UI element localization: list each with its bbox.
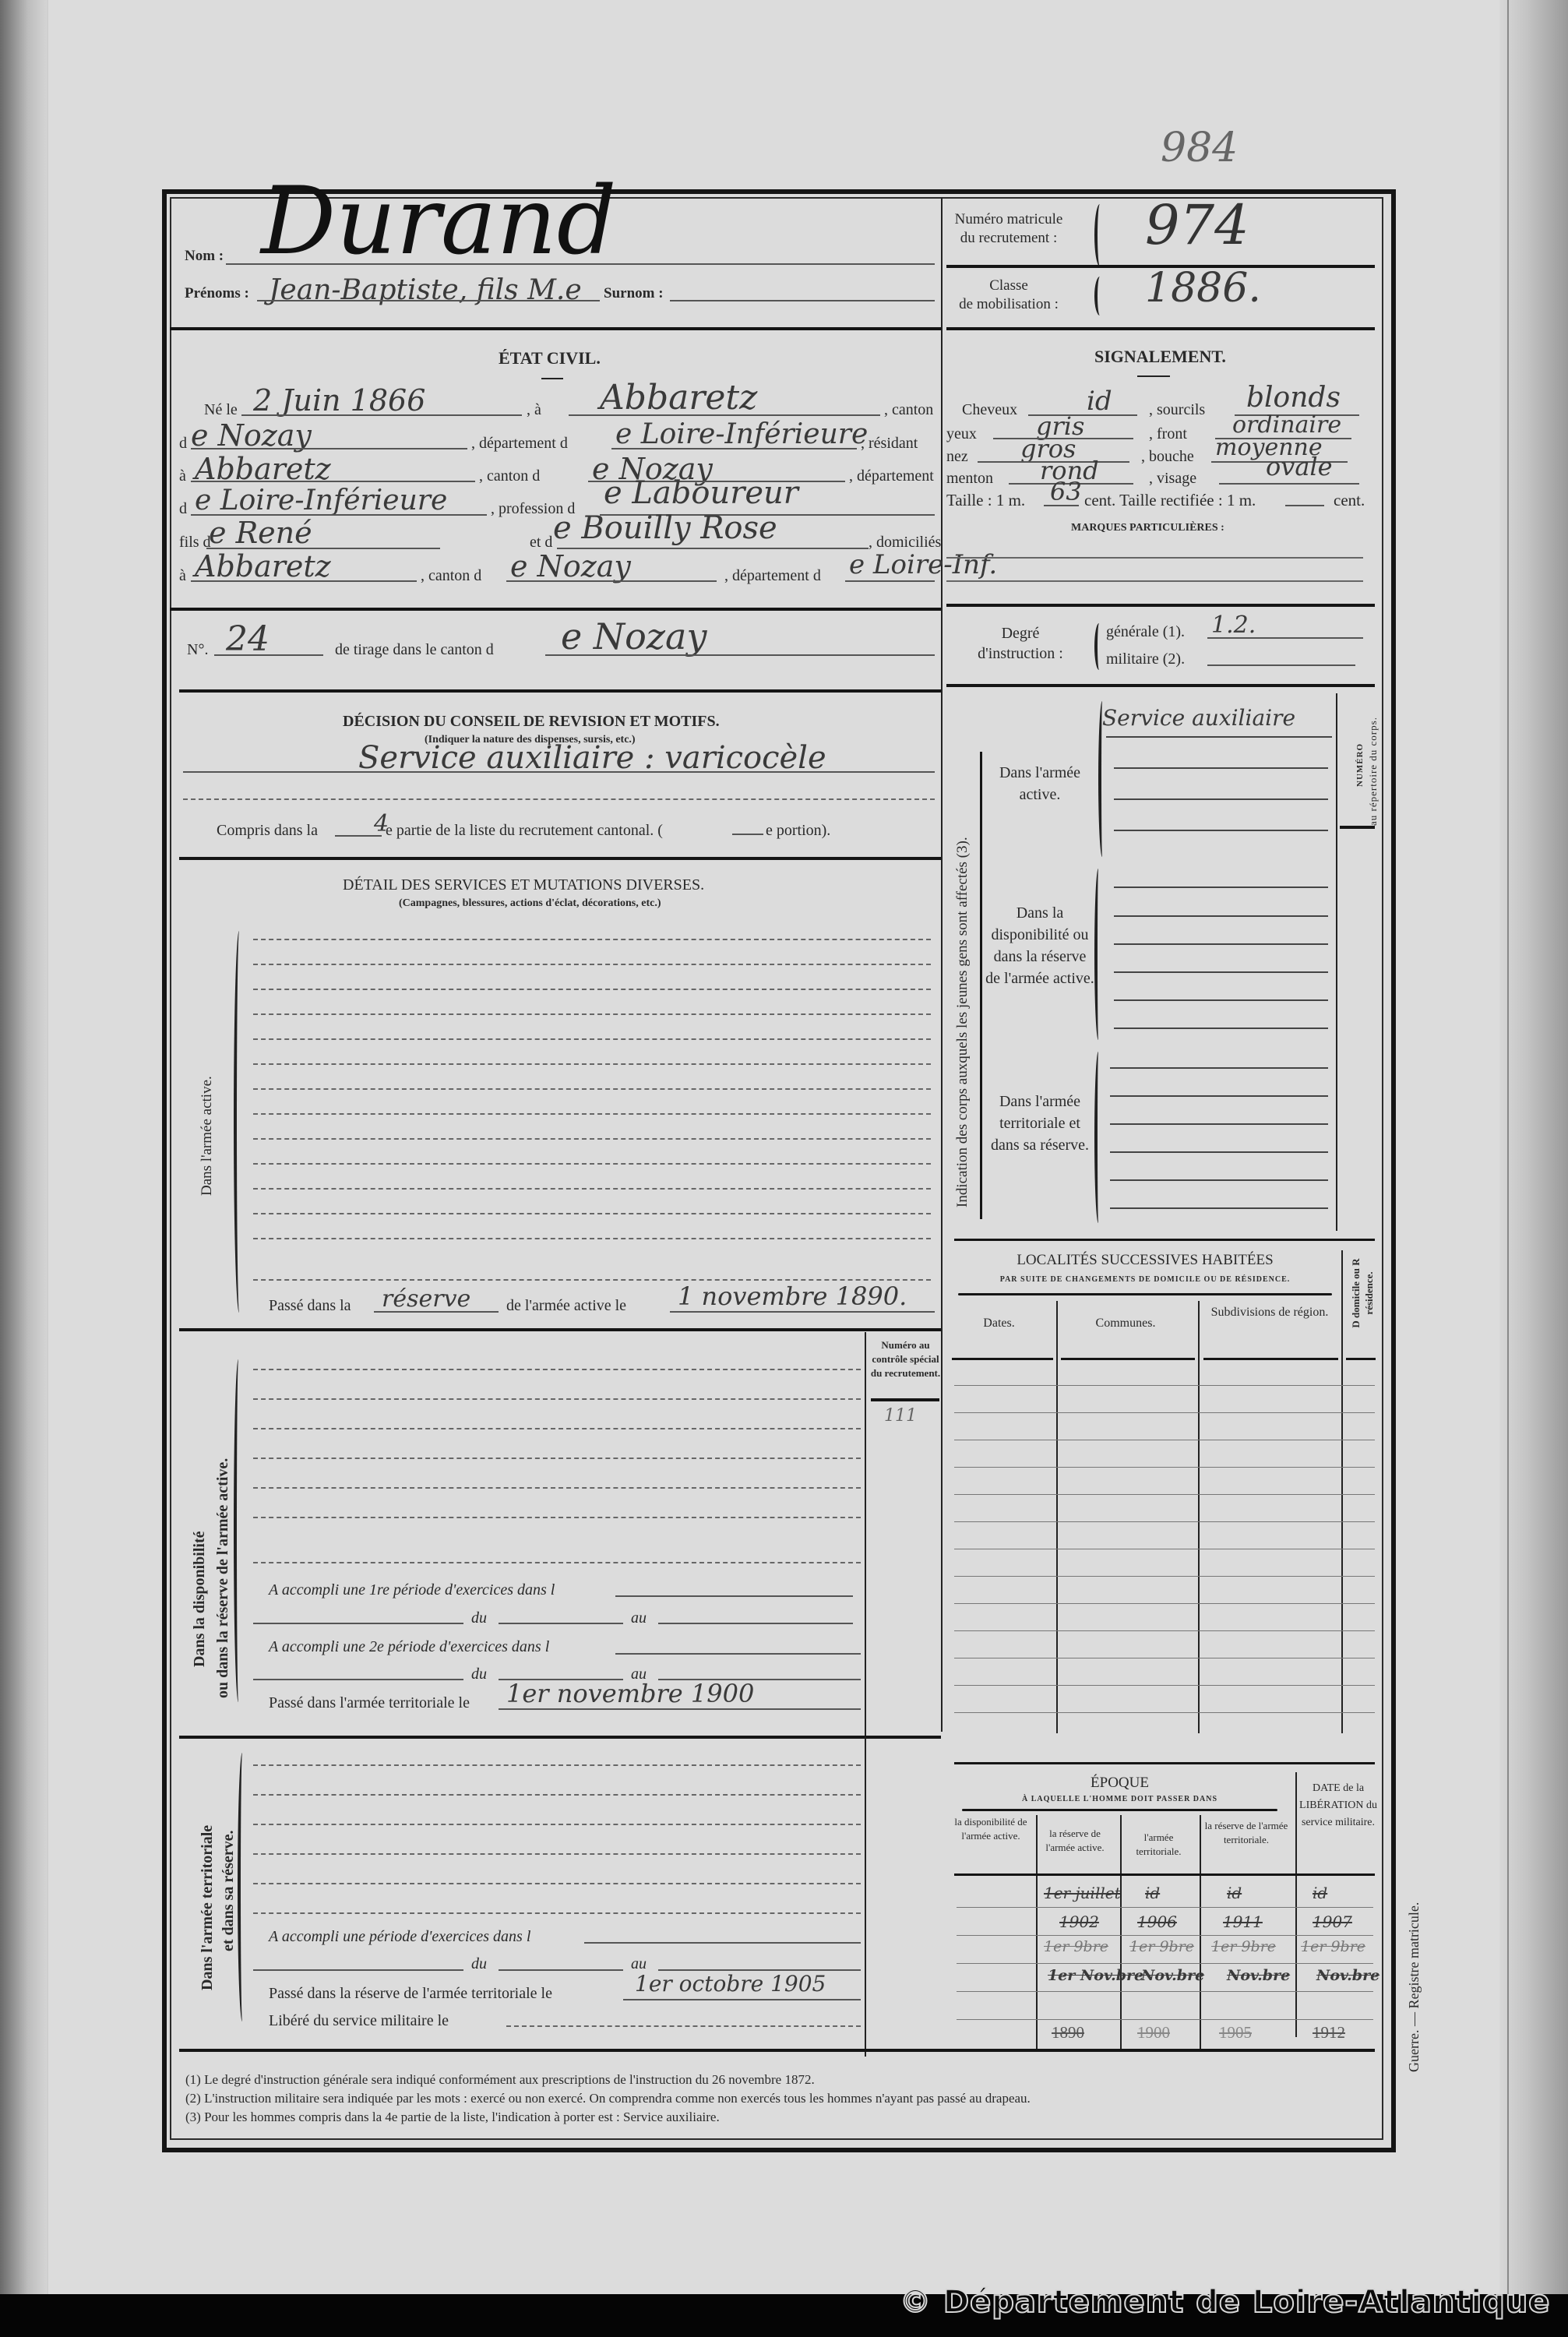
table-row[interactable] [954,1603,1375,1604]
classe-label: Classe de mobilisation : [946,277,1071,314]
epoque-cell: 1906 [1137,1912,1177,1931]
corps-entry-line[interactable] [1110,1067,1328,1069]
localites-brace [958,1293,1332,1295]
epoque-cell: 1er 9bre [1044,1938,1108,1955]
epoque-cell: 1er Nov.bre [1048,1967,1143,1984]
passe-territoriale-date: 1er novembre 1900 [506,1679,754,1708]
passe-reserve-date-field[interactable] [670,1311,935,1313]
nom-label: Nom : [185,248,224,265]
localites-subtitle: PAR SUITE DE CHANGEMENTS DE DOMICILE OU … [954,1275,1336,1284]
corps-entry-line[interactable] [1114,915,1328,917]
du-label-2: du [471,1666,487,1683]
localites-divider-3 [1341,1250,1343,1733]
ne-le-value: 2 Juin 1866 [253,383,425,418]
epoque-cell: 1900 [1137,2023,1170,2043]
classe-value: 1886. [1145,265,1261,312]
corps-entry-line[interactable] [1114,999,1328,1001]
epoque-cell: 1905 [1219,2023,1252,2043]
page-number-pencil: 984 [1161,125,1238,171]
passe-reserve-label: Passé dans la [269,1297,351,1315]
epoque-cell: 1er 9bre [1301,1938,1365,1955]
cheveux-label: Cheveux [962,401,1017,419]
dispo-line[interactable] [253,1487,861,1489]
dispo-line[interactable] [253,1562,861,1563]
table-row[interactable] [954,1385,1375,1386]
table-row[interactable] [954,1467,1375,1468]
page-edge-line [1507,0,1509,2337]
generale-label: générale (1). [1106,623,1185,641]
du-label-1: du [471,1609,487,1627]
departement-label: , département d [471,435,568,453]
epoque-col-dispo: la disponibilité de l'armée active. [952,1815,1030,1843]
epoque-divider-3 [1200,1815,1201,2049]
epoque-cell: 1902 [1059,1912,1099,1931]
services-title: DÉTAIL DES SERVICES ET MUTATIONS DIVERSE… [343,876,704,894]
table-row[interactable] [954,1412,1375,1413]
epoque-date-divider [1295,1772,1297,2037]
passe-reserve-label-2: de l'armée active le [506,1297,626,1315]
ne-le-label: Né le [204,401,238,419]
table-row[interactable] [954,1712,1375,1713]
surnom-field[interactable] [670,300,935,301]
nom-field[interactable] [226,263,935,265]
epoque-col-reserve-active: la réserve de l'armée active. [1036,1827,1114,1855]
parents-domicile-value: Abbaretz [195,549,331,583]
matricule-label: Numéro matricule du recrutement : [946,210,1071,248]
classe-label-2: de mobilisation : [959,296,1059,312]
matricule-label-1: Numéro matricule [955,211,1063,227]
sourcils-value: blonds [1246,382,1341,414]
tirage-canton-value: e Nozay [561,615,706,657]
partie-label: e partie de la liste du recrutement cant… [386,822,663,840]
taille-value: 63 [1050,477,1082,506]
epoque-cell: 1890 [1052,2023,1084,2043]
birthplace-value: Abbaretz [600,378,757,418]
table-row[interactable] [954,1440,1375,1440]
residant-label: , résidant [861,435,918,453]
numero-controle-value: 111 [884,1406,917,1426]
corps-entry: Service auxiliaire [1102,705,1295,731]
decision-line-2[interactable] [183,798,935,800]
classe-brace [1094,277,1105,315]
corps-entry-line[interactable] [1110,1179,1328,1181]
a-label-3: à [179,567,186,585]
epoque-cell: id [1313,1884,1327,1902]
active-line[interactable] [253,1138,931,1140]
portion-label: e portion). [766,822,830,840]
epoque-col-territoriale: l'armée territoriale. [1122,1831,1196,1859]
yeux-label: yeux [946,425,977,443]
corps-entry-line[interactable] [1110,1095,1328,1097]
corps-group-label-active: Dans l'armée active. [989,762,1091,805]
canton-label-3: , canton d [421,567,481,585]
parents-canton-field[interactable] [506,580,717,582]
corps-group-label-terr: Dans l'armée territoriale et dans sa rés… [985,1091,1094,1156]
passe-reserve-field[interactable] [374,1311,499,1313]
epoque-cell: 1er 9bre [1129,1938,1194,1955]
mother-value: e Bouilly Rose [553,510,777,546]
epoque-cell: 1912 [1313,2023,1345,2043]
section-terr-label-1: Dans l'armée territoriale [199,1825,217,1990]
corps-entry-line[interactable] [1114,887,1328,888]
localites-header-rule [1203,1358,1338,1360]
signalement-rule [1137,375,1170,377]
periode2-label: A accompli une 2e période d'exercices da… [269,1638,549,1656]
epoque-cell: 1911 [1223,1912,1263,1931]
section-terr-brace [238,1753,247,2022]
localites-col-domicile: D domicile ou R résidence. [1349,1246,1376,1340]
residence-field[interactable] [191,481,475,482]
localites-header-rule [1346,1358,1376,1360]
numero-controle-label: Numéro au contrôle spécial du recrutemen… [869,1338,943,1380]
periode1-label: A accompli une 1re période d'exercices d… [269,1581,555,1599]
table-row[interactable] [957,1991,1373,1992]
tirage-rule [179,689,941,693]
active-line[interactable] [253,1013,931,1015]
epoque-cell: Nov.bre [1316,1967,1379,1984]
corps-entry-line[interactable] [1106,736,1332,738]
periode1-lieu-field[interactable] [253,1623,463,1624]
tirage-no-field[interactable] [214,654,323,656]
departement-label-3: , département d [724,567,821,585]
copyright-watermark: © Département de Loire-Atlantique [900,2284,1550,2320]
degre-label: Degré d'instruction : [966,623,1075,664]
d-label-1: d [179,435,187,453]
corps-entry-line[interactable] [1114,830,1328,831]
section-dispo-brace [234,1359,243,1702]
table-row[interactable] [957,1963,1373,1964]
parents-domicile-field[interactable] [191,580,417,582]
cheveux-value: id [1087,386,1112,417]
periode-terr-field[interactable] [584,1942,861,1944]
epoque-cell: 1er juillet [1044,1884,1121,1902]
epoque-cell: id [1227,1884,1242,1902]
epoque-cell: Nov.bre [1141,1967,1204,1984]
parents-departement-field[interactable] [845,580,935,582]
localites-divider-1 [1056,1301,1058,1733]
generale-field[interactable] [1207,637,1363,639]
corps-group-label-dispo: Dans la disponibilité ou dans la réserve… [985,902,1094,989]
tirage-no-value: 24 [226,619,270,659]
periode1-du-field[interactable] [499,1623,623,1624]
menton-label: menton [946,470,993,488]
corps-entry-line[interactable] [1110,1207,1328,1209]
etat-civil-rule-bottom [170,608,941,611]
numero-controle-rule [871,1398,939,1401]
compris-field[interactable] [335,835,382,837]
birth-departement-value: e Loire-Inférieure [615,418,868,450]
marques-line-1[interactable] [946,557,1363,559]
parents-canton-value: e Nozay [510,549,631,583]
etat-civil-title: ÉTAT CIVIL. [499,348,601,368]
compris-label: Compris dans la [217,822,318,840]
epoque-cell: Nov.bre [1227,1967,1290,1984]
signalement-rule-bottom [946,604,1375,607]
passe-reserve-date: 1 novembre 1890. [678,1281,907,1311]
localites-title: LOCALITÉS SUCCESSIVES HABITÉES [954,1252,1336,1269]
matricule-value: 974 [1145,193,1249,257]
epoque-date-title: DATE de la LIBÉRATION du service militai… [1299,1780,1377,1831]
passe-territoriale-label: Passé dans l'armée territoriale le [269,1694,470,1712]
instruction-brace [1094,623,1104,670]
libere-field[interactable] [506,2025,861,2027]
localites-col-dates: Dates. [950,1317,1048,1331]
active-line[interactable] [253,1279,931,1281]
periode-terr-du-field[interactable] [499,1969,623,1971]
table-row[interactable] [954,1549,1375,1549]
prenoms-field[interactable] [257,300,600,301]
active-line[interactable] [253,1113,931,1115]
classe-label-1: Classe [989,277,1028,294]
table-row[interactable] [954,1685,1375,1686]
periode-terr-lieu-field[interactable] [253,1969,463,1971]
taille-rectifiee-field[interactable] [1285,505,1324,506]
numero-label-2: au répertoire du corps. [1367,717,1379,826]
dispo-rule [179,1736,941,1739]
epoque-cell: 1er 9bre [1211,1938,1276,1955]
passe-territoriale-field[interactable] [499,1708,861,1710]
active-line[interactable] [253,989,931,990]
active-line[interactable] [253,1063,931,1065]
active-line[interactable] [253,939,931,940]
front-label: , front [1149,425,1187,443]
page-stack-edge [1499,0,1568,2337]
table-row[interactable] [954,1521,1375,1522]
corps-entry-line[interactable] [1110,1151,1328,1153]
visage-value: ovale [1266,452,1333,481]
surnom-label: Surnom : [604,285,664,302]
degre-label-2: d'instruction : [978,645,1063,662]
sourcils-label: , sourcils [1149,401,1205,419]
corps-entry-line[interactable] [1114,971,1328,973]
corps-entry-line[interactable] [1114,767,1328,769]
departement-label-2: , département [849,467,934,485]
section-active-brace [234,931,245,1313]
cent-label: cent. [1334,491,1365,510]
terr-line[interactable] [253,1853,861,1855]
canton-label-2: , canton d [479,467,540,485]
corps-outer-brace [980,752,982,1219]
footnote-1: (1) Le degré d'instruction générale sera… [185,2072,815,2088]
prenoms-label: Prénoms : [185,285,249,302]
table-row[interactable] [954,1630,1375,1631]
profession-value: e Laboureur [604,475,798,511]
corps-rule [954,1239,1375,1241]
etat-civil-rule [541,378,563,379]
localites-divider-2 [1198,1301,1200,1733]
epoque-divider-2 [1120,1815,1122,2049]
tirage-canton-field[interactable] [545,654,935,656]
table-row[interactable] [954,1576,1375,1577]
services-subtitle: (Campagnes, blessures, actions d'éclat, … [399,897,661,910]
active-line[interactable] [253,1163,931,1165]
table-row[interactable] [957,2019,1373,2020]
instruction-rule [946,684,1375,687]
active-line[interactable] [253,1038,931,1040]
dispo-line[interactable] [253,1398,861,1400]
decision-rule [179,857,941,860]
tirage-canton-label: de tirage dans le canton d [335,641,494,659]
footnote-3: (3) Pour les hommes compris dans la 4e p… [185,2110,720,2125]
active-line[interactable] [253,964,931,965]
decision-line-1[interactable] [183,771,935,773]
side-note: Guerre. — Registre matricule. [1406,1902,1422,2072]
active-line[interactable] [253,1088,931,1090]
main-column-divider [941,197,943,1732]
taille-rectifiee-label: cent. Taille rectifiée : 1 m. [1084,491,1256,510]
active-line[interactable] [253,1213,931,1214]
passe-reserve-terr-date: 1er octobre 1905 [635,1971,826,1997]
canton-label: , canton [884,401,933,419]
corps-brace-terr [1094,1052,1102,1223]
taille-label: Taille : 1 m. [946,491,1025,510]
a-label-2: à [179,467,186,485]
au-label-1: au [631,1609,647,1627]
parents-departement-value: e Loire-Inf. [849,549,997,580]
corps-vertical-label: Indication des corps auxquels les jeunes… [954,837,971,1207]
terr-line[interactable] [253,1764,861,1766]
numero-controle-divider [865,1332,866,1737]
epoque-brace [962,1809,1277,1811]
terr-rule [179,2049,1375,2052]
birth-canton-field[interactable] [191,448,467,449]
nom-value: Durand [261,167,617,276]
matricule-brace [1094,204,1105,266]
dispo-line[interactable] [253,1458,861,1459]
periode1-au-field[interactable] [658,1623,853,1624]
epoque-cell: id [1145,1884,1160,1902]
periode2-lieu-field[interactable] [253,1679,463,1680]
corps-entry-line[interactable] [1114,798,1328,800]
marques-line-2[interactable] [946,580,1363,582]
dispo-line[interactable] [253,1428,861,1429]
passe-reserve-terr-label: Passé dans la réserve de l'armée territo… [269,1985,552,2003]
dispo-line[interactable] [253,1369,861,1370]
degre-label-1: Degré [1002,625,1040,642]
terr-line[interactable] [253,1883,861,1884]
localites-header-rule [1061,1358,1195,1360]
tirage-no-label: N°. [187,641,208,659]
signalement-title: SIGNALEMENT. [1094,347,1226,367]
d-label-2: d [179,500,187,518]
marques-label: MARQUES PARTICULIÈRES : [1071,522,1224,534]
bouche-label: , bouche [1141,448,1194,466]
corps-brace-dispo [1094,869,1102,1040]
visage-field[interactable] [1219,483,1359,485]
section-terr-label-2: et dans sa réserve. [220,1830,238,1951]
periode-terr-label: A accompli une période d'exercices dans … [269,1928,530,1946]
section-active-label: Dans l'armée active. [199,1076,216,1196]
residence-departement-value: e Loire-Inférieure [195,485,447,516]
terr-line[interactable] [253,1794,861,1796]
father-value: e René [209,516,312,550]
corps-entry-line[interactable] [1114,1028,1328,1029]
binding-edge [0,0,47,2337]
birthplace-field[interactable] [569,414,880,416]
dispo-line[interactable] [253,1517,861,1518]
libere-label: Libéré du service militaire le [269,2012,449,2030]
epoque-cell: 1907 [1313,1912,1352,1931]
birth-departement-field[interactable] [611,448,857,449]
header-rule [170,327,941,330]
numero-label-1: NUMÉRO [1355,743,1365,787]
matricule-label-2: du recrutement : [960,230,1058,246]
localites-col-communes: Communes. [1052,1317,1200,1331]
epoque-divider-1 [1036,1815,1038,2049]
birth-date-field[interactable] [241,414,522,416]
numero-rule [1340,826,1375,829]
epoque-title: ÉPOQUE [954,1775,1285,1792]
periode2-field[interactable] [615,1653,861,1655]
corps-entry-line[interactable] [1110,1123,1328,1125]
terr-line[interactable] [253,1824,861,1825]
militaire-label: militaire (2). [1106,650,1185,668]
du-label-3: du [471,1955,487,1973]
epoque-header-rule [954,1873,1375,1876]
decision-title: DÉCISION DU CONSEIL DE REVISION ET MOTIF… [343,713,720,731]
section-dispo-label-2: ou dans la réserve de l'armée active. [214,1458,232,1698]
taille-field[interactable] [1044,505,1079,506]
nez-label: nez [946,448,968,466]
active-line[interactable] [253,1188,931,1190]
terr-line[interactable] [253,1912,861,1914]
active-rule [179,1328,941,1331]
active-line[interactable] [253,1238,931,1239]
localites-col-subdivisions: Subdivisions de région. [1203,1305,1336,1320]
epoque-col-reserve-terr: la réserve de l'armée territoriale. [1203,1819,1289,1847]
table-row[interactable] [954,1658,1375,1658]
a-label: , à [527,401,541,419]
visage-label: , visage [1149,470,1196,488]
table-row[interactable] [954,1494,1375,1495]
militaire-field[interactable] [1207,664,1355,666]
table-row[interactable] [957,1935,1373,1936]
generale-value: 1.2. [1211,612,1256,639]
localites-header-rule [952,1358,1053,1360]
periode1-field[interactable] [615,1595,853,1597]
epoque-subtitle: À LAQUELLE L'HOMME DOIT PASSER DANS [954,1795,1285,1803]
passe-reserve-value: réserve [382,1285,470,1313]
footnote-2: (2) L'instruction militaire sera indiqué… [185,2091,1031,2106]
terr-right-divider [865,1737,866,2057]
passe-reserve-terr-field[interactable] [623,1999,861,2000]
section-dispo-label-1: Dans la disponibilité [191,1531,209,1667]
classe-rule [946,327,1375,330]
corps-entry-line[interactable] [1114,943,1328,945]
table-row[interactable] [957,1907,1373,1908]
localites-rule [954,1762,1375,1764]
portion-field[interactable] [732,834,763,835]
corps-numero-divider [1336,693,1337,1231]
